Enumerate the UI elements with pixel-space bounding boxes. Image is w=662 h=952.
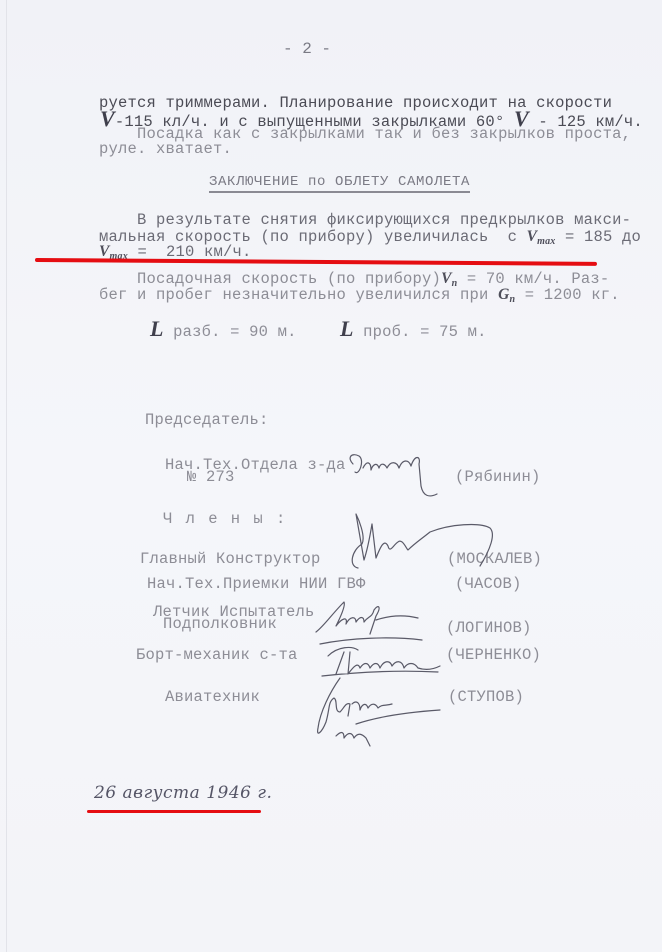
member-title-flight-mechanic: Борт-механик с-та <box>136 648 298 663</box>
document-page: - 2 - руется триммерами. Планирование пр… <box>0 0 662 952</box>
member-name-chernenko: (ЧЕРНЕНКО) <box>446 648 541 663</box>
intro-line-4: руле. хватает. <box>99 142 232 157</box>
chairman-label: Председатель: <box>145 413 269 428</box>
member-name-loginov: (ЛОГИНОВ) <box>446 621 532 636</box>
red-date-underline <box>87 810 261 813</box>
takeoff-run-distance: L разб. = 90 м. <box>150 321 297 340</box>
page-number: - 2 - <box>283 40 331 58</box>
members-label: Ч л е н ы : <box>163 512 287 527</box>
section-heading: ЗАКЛЮЧЕНИЕ по ОБЛЕТУ САМОЛЕТА <box>209 174 470 193</box>
handwritten-date: 26 августа 1946 г. <box>94 783 272 803</box>
intro-line-1: руется триммерами. Планирование происход… <box>99 96 612 111</box>
conclusion-line-1: В результате снятия фиксирующихся предкр… <box>99 213 631 228</box>
member-title-tech-acceptance: Нач.Тех.Приемки НИИ ГВФ <box>147 577 366 592</box>
chairman-name: (Рябинин) <box>455 470 541 485</box>
member-title-chief-designer: Главный Конструктор <box>140 552 321 567</box>
landing-line-2: бег и пробег незначительно увеличился пр… <box>99 287 620 307</box>
red-highlight-underline <box>35 258 597 266</box>
aviation-technician-signature <box>300 672 450 762</box>
landing-run-distance: L проб. = 75 м. <box>340 321 487 340</box>
member-rank-lt-colonel: Подполковник <box>163 617 277 632</box>
chief-designer-signature <box>340 508 510 578</box>
page-edge <box>6 0 7 952</box>
test-pilot-signature <box>310 596 450 646</box>
chairman-title-plant: № 273 <box>187 470 235 485</box>
member-name-chasov: (ЧАСОВ) <box>455 577 522 592</box>
member-title-aviation-technician: Авиатехник <box>165 690 260 705</box>
member-name-stupov: (СТУПОВ) <box>448 690 524 705</box>
chairman-signature <box>345 450 445 510</box>
